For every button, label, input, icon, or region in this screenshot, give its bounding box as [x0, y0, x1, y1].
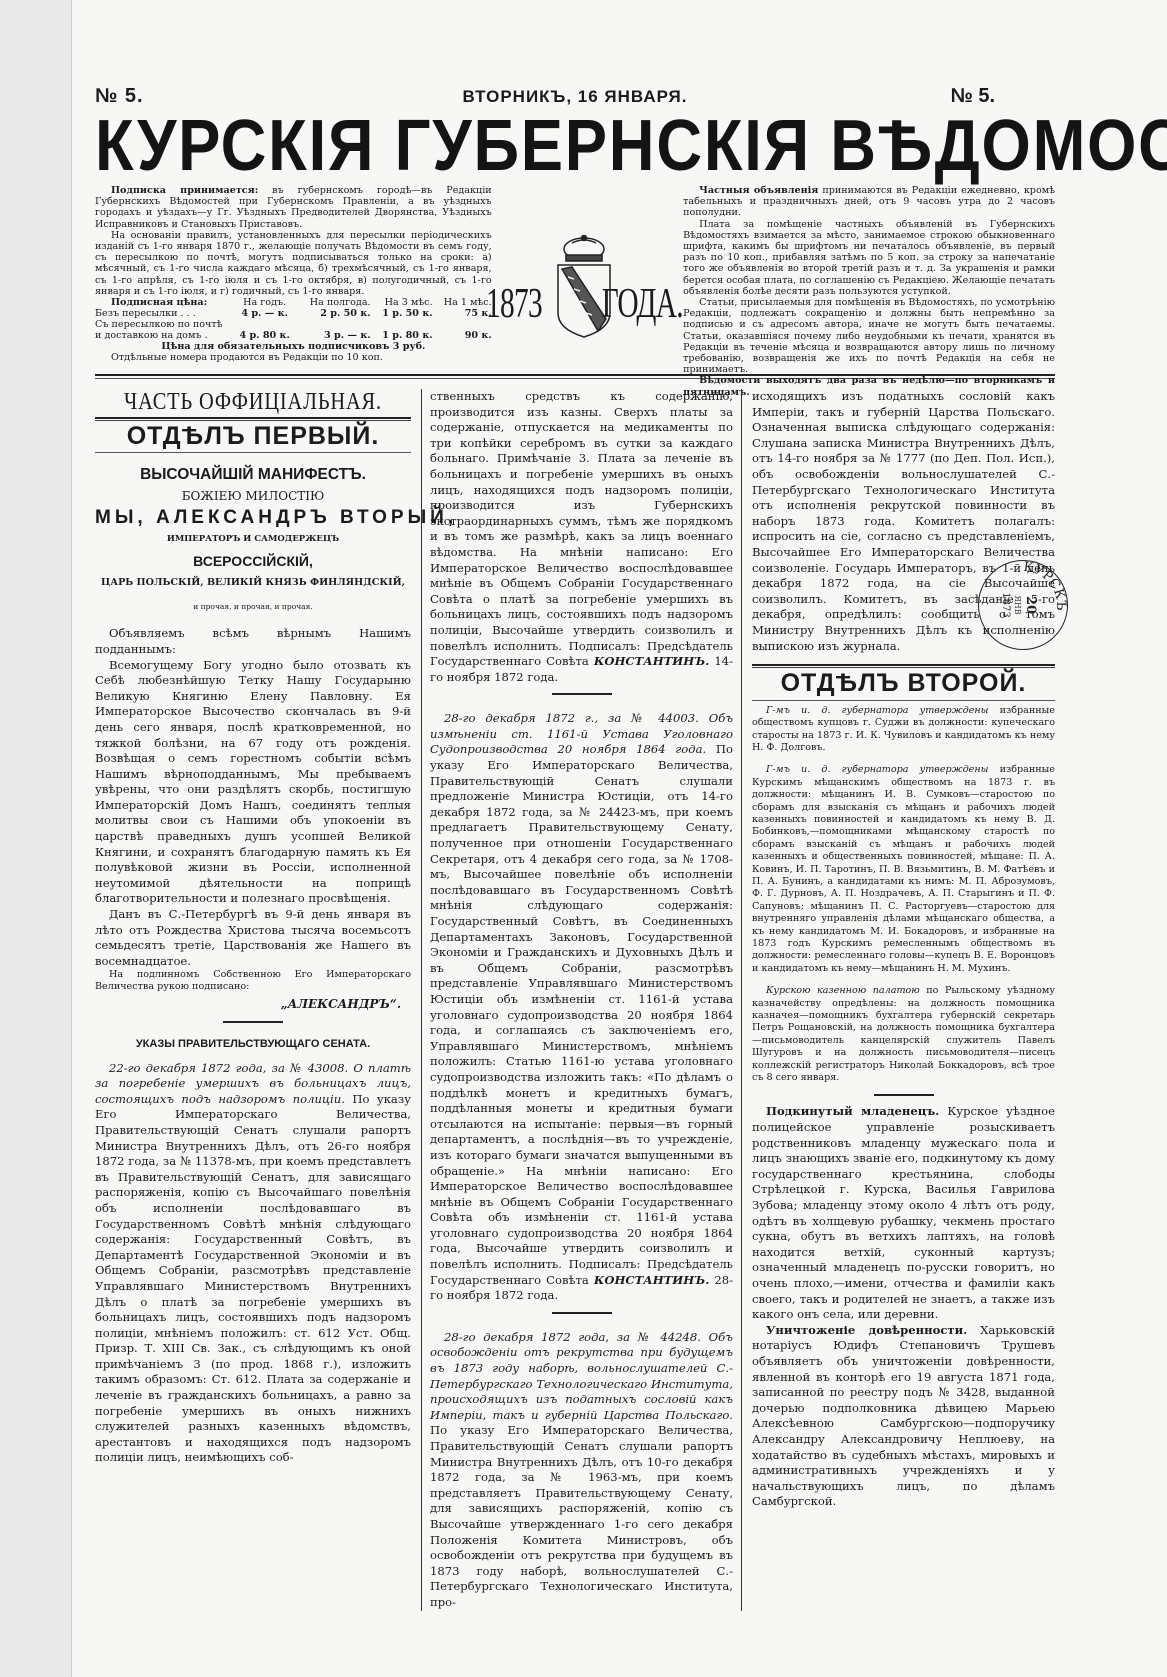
manifest-text: Всемогущему Богу угодно было отозвать къ…: [95, 658, 411, 908]
article-columns: ЧАСТЬ ОФФИЦІАЛЬНАЯ. ОТДѢЛЪ ПЕРВЫЙ. ВЫСОЧ…: [95, 389, 1055, 1611]
notice-heading: Г-мъ и. д. губернатора утверждены: [766, 764, 989, 775]
manifest-announce: Объявляемъ всѣмъ вѣрнымъ Нашимъ подданны…: [95, 626, 411, 657]
decree-heading: 28-го декабря 1872 года, за № 44248. Объ…: [430, 1330, 733, 1422]
price-header-cell: На 3 мѣс.: [371, 297, 433, 308]
column-2: ственныхъ средствъ къ содержанію, произв…: [421, 389, 742, 1611]
svg-text:20: 20: [1023, 596, 1038, 614]
svg-text:ЯНВ: ЯНВ: [1013, 595, 1022, 614]
price-row: Съ пересылкою по почтѣ: [95, 319, 492, 330]
emperor-title: ИМПЕРАТОРЪ И САМОДЕРЖЕЦЪ: [95, 532, 411, 548]
signer-name: КОНСТАНТИНЪ.: [594, 1273, 710, 1287]
price-row: Безъ пересылки . . . 4 р. — к. 2 р. 50 к…: [95, 308, 492, 319]
postmark-icon: КУРСКЪ 20 ЯНВ 1873: [979, 561, 1067, 649]
notice-heading: Курскою казенною палатою: [766, 985, 920, 996]
department-one-title: ОТДѢЛЪ ПЕРВЫЙ.: [95, 429, 411, 445]
price-cell: Съ пересылкою по почтѣ: [95, 319, 492, 330]
issue-number-right: № 5.: [950, 85, 995, 108]
price-cell: 2 р. 50 к.: [296, 308, 371, 319]
department-two-title: ОТДѢЛЪ ВТОРОЙ.: [752, 676, 1055, 692]
header-info-row: Подписка принимается: въ губернскомъ гор…: [95, 185, 1055, 370]
price-cell: 90 к.: [433, 330, 492, 341]
advertising-info: Частныя объявленія принимаются въ Редакц…: [675, 185, 1055, 370]
divider: [223, 1021, 283, 1023]
decree-44248: 28-го декабря 1872 года, за № 44248. Объ…: [430, 1330, 733, 1611]
divider: [95, 452, 411, 453]
decree-44003: 28-го декабря 1872 г., за № 44003. Объ и…: [430, 711, 733, 1304]
continued-text: ственныхъ средствъ къ содержанію, произв…: [430, 389, 733, 668]
year-label: 1873: [486, 280, 542, 328]
notice-heading: Г-мъ и. д. губернатора утверждены: [766, 705, 989, 716]
all-russian-line: ВСЕРОССІЙСКІЙ,: [95, 554, 411, 570]
subscription-p2: На основаніи правилъ, установленныхъ для…: [95, 230, 492, 297]
signed-note: На подлинномъ Собственною Его Императорс…: [95, 969, 411, 993]
price-cell: 3 р. — к.: [296, 330, 371, 341]
notice-text: Курское уѣздное полицейское управленіе р…: [752, 1104, 1055, 1321]
notice-power-of-attorney: Уничтоженіе довѣренности. Харьковскій но…: [752, 1323, 1055, 1510]
issue-date: ВТОРНИКЪ, 16 ЯНВАРЯ.: [95, 87, 1055, 107]
etc-line: и прочая, и прочая, и прочая.: [95, 599, 411, 615]
price-row: и доставкою на домъ . 4 р. 80 к. 3 р. — …: [95, 330, 492, 341]
part-title: ЧАСТЬ ОФФИЦІАЛЬНАЯ.: [119, 395, 388, 411]
notice-text: избранные Курскимъ мѣщанскимъ обществомъ…: [752, 764, 1055, 974]
emperor-name: МЫ, АЛЕКСАНДРЪ ВТОРЫЙ,: [95, 510, 411, 526]
subscription-info: Подписка принимается: въ губернскомъ гор…: [95, 185, 492, 370]
price-header-cell: На полгода.: [296, 297, 371, 308]
decree-text: По указу Его Императорскаго Величества, …: [430, 742, 733, 1286]
price-cell: 4 р. — к.: [234, 308, 296, 319]
subscription-lead: Подписка принимается:: [111, 185, 258, 196]
price-cell: 1 р. 50 к.: [371, 308, 433, 319]
masthead-title: КУРСКІЯ ГУБЕРНСКІЯ ВѢДОМОСТИ.: [95, 111, 1054, 181]
price-cell: 1 р. 80 к.: [371, 330, 433, 341]
decree-text: По указу Его Императорскаго Величества, …: [95, 1092, 411, 1465]
decree-43008: 22-го декабря 1872 года, за № 43008. О п…: [95, 1061, 411, 1466]
price-cell: и доставкою на домъ .: [95, 330, 234, 341]
price-header-cell: На годъ.: [234, 297, 296, 308]
goda-label: ГОДА.: [602, 280, 683, 328]
notice-heading: Уничтоженіе довѣренности.: [766, 1323, 967, 1337]
ads-p2: Плата за помѣщеніе частныхъ объявленій в…: [683, 219, 1055, 297]
price-table-header: Подписная цѣна: На годъ. На полгода. На …: [95, 297, 492, 308]
tsar-titles: ЦАРЬ ПОЛЬСКІЙ, ВЕЛИКІЙ КНЯЗЬ ФИНЛЯНДСКІЙ…: [95, 575, 411, 591]
ads-lead: Частныя объявленія: [699, 185, 818, 196]
mandatory-price: Цѣна для обязательныхъ подписчиковъ 3 ру…: [95, 341, 492, 352]
single-copies: Отдѣльные номера продаются въ Редакціи п…: [95, 352, 492, 363]
notice-sudzha: Г-мъ и. д. губернатора утверждены избран…: [752, 705, 1055, 755]
price-cell: 75 к.: [433, 308, 492, 319]
decree-heading: 28-го декабря 1872 г., за № 44003. Объ и…: [430, 711, 733, 756]
svg-text:1873: 1873: [1000, 592, 1011, 617]
newspaper-page: № 5. ВТОРНИКЪ, 16 ЯНВАРЯ. № 5. КУРСКІЯ Г…: [95, 85, 1055, 1611]
notice-text: Харьковскій нотаріусъ Юдифъ Степановичъ …: [752, 1323, 1055, 1509]
price-header-cell: Подписная цѣна:: [95, 297, 234, 308]
notice-kursk-burghers: Г-мъ и. д. губернатора утверждены избран…: [752, 764, 1055, 975]
notice-treasury: Курскою казенною палатою по Рыльскому уѣ…: [752, 985, 1055, 1084]
divider: [552, 1312, 612, 1314]
manifest-title: ВЫСОЧАЙШІЙ МАНИФЕСТЪ.: [95, 467, 411, 483]
price-cell: Безъ пересылки . . .: [95, 308, 234, 319]
notice-text: по Рыльскому уѣздному казначейству опред…: [752, 985, 1055, 1083]
signature: „АЛЕКСАНДРЪ“.: [95, 997, 401, 1013]
crest-area: 1873 ГОДА.: [492, 185, 675, 370]
ads-p3: Статьи, присылаемыя для помѣщенія въ Вѣд…: [683, 297, 1055, 375]
divider: [874, 1094, 934, 1096]
decree-text: По указу Его Императорскаго Величества, …: [430, 1423, 733, 1609]
divider: [552, 693, 612, 695]
price-cell: 4 р. 80 к.: [234, 330, 296, 341]
signer-name: КОНСТАНТИНЪ.: [594, 654, 710, 668]
notices: Г-мъ и. д. губернатора утверждены избран…: [752, 705, 1055, 1085]
divider: [752, 700, 1055, 701]
price-header-cell: На 1 мѣс.: [433, 297, 492, 308]
senate-decrees-title: УКАЗЫ ПРАВИТЕЛЬСТВУЮЩАГО СЕНАТА.: [95, 1037, 411, 1053]
by-grace-line: БОЖІЕЮ МИЛОСТІЮ: [95, 489, 411, 505]
divider: [95, 417, 411, 421]
column-1: ЧАСТЬ ОФФИЦІАЛЬНАЯ. ОТДѢЛЪ ПЕРВЫЙ. ВЫСОЧ…: [95, 389, 421, 1611]
notice-foundling: Подкинутый младенецъ. Курское уѣздное по…: [752, 1104, 1055, 1322]
manifest-given: Данъ въ С.-Петербургѣ въ 9-й день января…: [95, 907, 411, 969]
postmark-stamp: КУРСКЪ 20 ЯНВ 1873: [978, 560, 1068, 650]
divider: [752, 664, 1055, 668]
notice-heading: Подкинутый младенецъ.: [766, 1104, 939, 1118]
price-table: Подписная цѣна: На годъ. На полгода. На …: [95, 297, 492, 341]
